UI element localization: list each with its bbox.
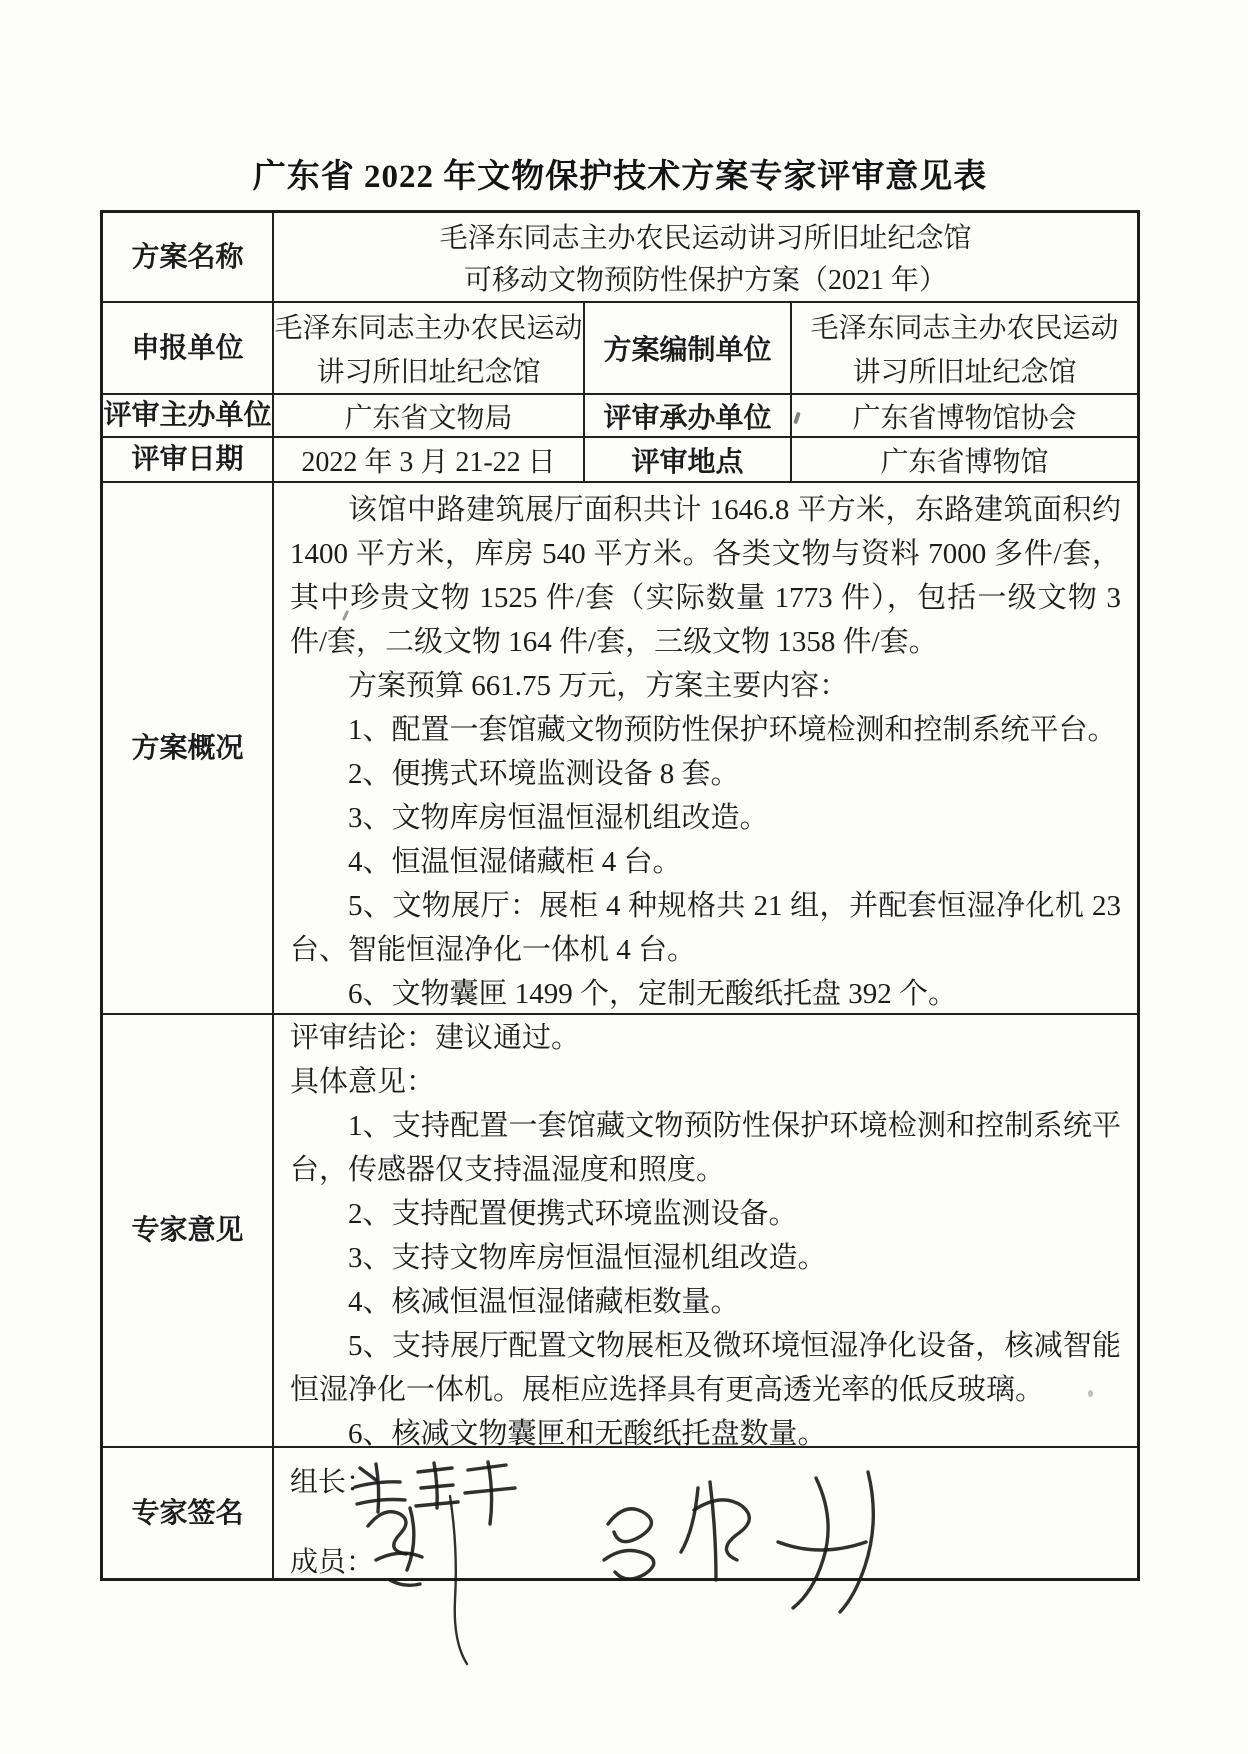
signature-cell: 组长： 成员：	[274, 1448, 1137, 1578]
scanned-document-page: 广东省 2022 年文物保护技术方案专家评审意见表 方案名称 毛泽东同志主办农民…	[0, 0, 1248, 1754]
overview-paragraph: 方案预算 661.75 万元，方案主要内容：	[290, 664, 1121, 708]
overview-paragraph: 4、恒温恒湿储藏柜 4 台。	[290, 840, 1121, 884]
expert-opinion-paragraph: 4、核减恒温恒湿储藏柜数量。	[290, 1280, 1121, 1324]
expert-opinion-paragraph: 6、核减文物囊匣和无酸纸托盘数量。	[290, 1412, 1121, 1446]
applicant-line2: 讲习所旧址纪念馆	[316, 350, 540, 390]
leader-signature-label: 组长：	[290, 1460, 374, 1500]
review-organizer-value: 广东省博物馆协会	[792, 395, 1137, 436]
expert-detail-heading: 具体意见：	[290, 1060, 1121, 1104]
review-date-value: 2022 年 3 月 21-22 日	[274, 438, 585, 481]
review-location-label: 评审地点	[585, 438, 792, 481]
overview-paragraph: 该馆中路建筑展厅面积共计 1646.8 平方米，东路建筑面积约 1400 平方米…	[290, 488, 1121, 664]
document-title: 广东省 2022 年文物保护技术方案专家评审意见表	[60, 150, 1180, 197]
member-signature-label: 成员：	[290, 1540, 374, 1580]
overview-paragraph: 1、配置一套馆藏文物预防性保护环境检测和控制系统平台。	[290, 708, 1121, 752]
expert-opinion-label: 专家意见	[103, 1015, 274, 1446]
expert-conclusion: 评审结论：建议通过。	[290, 1016, 1121, 1060]
plan-name-line1: 毛泽东同志主办农民运动讲习所旧址纪念馆	[439, 216, 971, 256]
applicant-label: 申报单位	[103, 303, 274, 393]
review-host-value: 广东省文物局	[274, 395, 585, 436]
review-organizer-label: 评审承办单位	[585, 395, 792, 436]
overview-text: 该馆中路建筑展厅面积共计 1646.8 平方米，东路建筑面积约 1400 平方米…	[274, 483, 1137, 1013]
overview-label: 方案概况	[103, 483, 274, 1013]
overview-paragraph: 2、便携式环境监测设备 8 套。	[290, 752, 1121, 796]
scan-artifact	[1088, 1390, 1093, 1397]
expert-opinion-paragraph: 5、支持展厅配置文物展柜及微环境恒湿净化设备，核减智能恒湿净化一体机。展柜应选择…	[290, 1324, 1121, 1412]
plan-compiler-line1: 毛泽东同志主办农民运动	[810, 306, 1118, 346]
plan-name-label: 方案名称	[103, 213, 274, 301]
row-expert-opinion: 专家意见 评审结论：建议通过。 具体意见： 1、支持配置一套馆藏文物预防性保护环…	[103, 1013, 1137, 1446]
overview-paragraph: 6、文物囊匣 1499 个，定制无酸纸托盘 392 个。	[290, 972, 1121, 1013]
review-location-value: 广东省博物馆	[792, 438, 1137, 481]
row-review-date-location: 评审日期 2022 年 3 月 21-22 日 评审地点 广东省博物馆	[103, 436, 1137, 481]
review-host-label: 评审主办单位	[103, 395, 274, 436]
expert-opinion-paragraph: 1、支持配置一套馆藏文物预防性保护环境检测和控制系统平台，传感器仅支持温湿度和照…	[290, 1104, 1121, 1192]
review-date-label: 评审日期	[103, 438, 274, 481]
expert-opinion-paragraph: 3、支持文物库房恒温恒湿机组改造。	[290, 1236, 1121, 1280]
overview-paragraph: 5、文物展厅：展柜 4 种规格共 21 组，并配套恒湿净化机 23 台、智能恒湿…	[290, 884, 1121, 972]
plan-compiler-label: 方案编制单位	[585, 303, 792, 393]
plan-compiler-line2: 讲习所旧址纪念馆	[852, 350, 1076, 390]
expert-opinion-text: 评审结论：建议通过。 具体意见： 1、支持配置一套馆藏文物预防性保护环境检测和控…	[274, 1015, 1137, 1446]
expert-opinion-paragraph: 2、支持配置便携式环境监测设备。	[290, 1192, 1121, 1236]
signature-label: 专家签名	[103, 1448, 274, 1578]
row-plan-name: 方案名称 毛泽东同志主办农民运动讲习所旧址纪念馆 可移动文物预防性保护方案（20…	[103, 213, 1137, 301]
review-table: 方案名称 毛泽东同志主办农民运动讲习所旧址纪念馆 可移动文物预防性保护方案（20…	[100, 210, 1140, 1581]
plan-name-line2: 可移动文物预防性保护方案（2021 年）	[464, 258, 947, 298]
applicant-line1: 毛泽东同志主办农民运动	[274, 306, 582, 346]
applicant-value: 毛泽东同志主办农民运动 讲习所旧址纪念馆	[274, 303, 585, 393]
row-signature: 专家签名 组长： 成员：	[103, 1446, 1137, 1578]
row-units: 申报单位 毛泽东同志主办农民运动 讲习所旧址纪念馆 方案编制单位 毛泽东同志主办…	[103, 301, 1137, 393]
row-review-units: 评审主办单位 广东省文物局 评审承办单位 广东省博物馆协会	[103, 393, 1137, 436]
plan-name-value: 毛泽东同志主办农民运动讲习所旧址纪念馆 可移动文物预防性保护方案（2021 年）	[274, 213, 1137, 301]
plan-compiler-value: 毛泽东同志主办农民运动 讲习所旧址纪念馆	[792, 303, 1137, 393]
row-overview: 方案概况 该馆中路建筑展厅面积共计 1646.8 平方米，东路建筑面积约 140…	[103, 481, 1137, 1013]
overview-paragraph: 3、文物库房恒温恒湿机组改造。	[290, 796, 1121, 840]
